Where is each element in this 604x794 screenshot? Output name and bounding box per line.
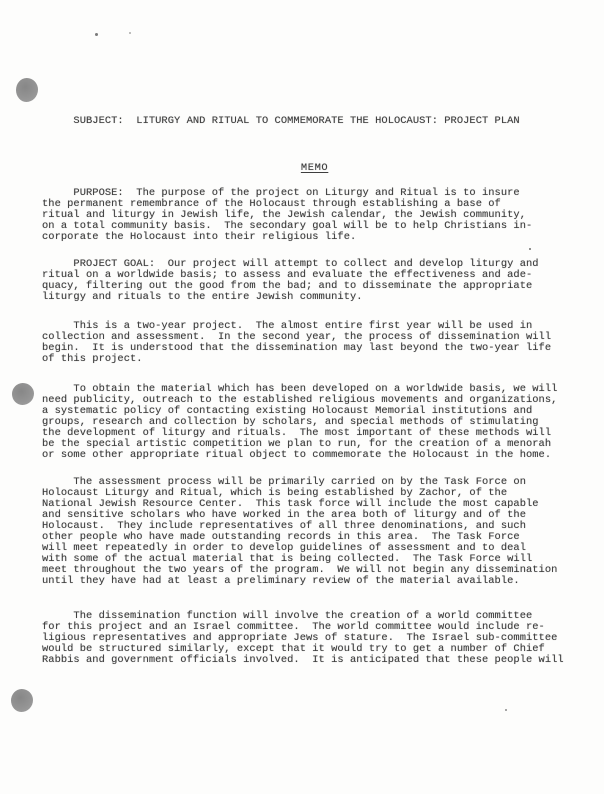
punch-hole-icon	[12, 383, 34, 405]
punch-hole-icon	[16, 78, 38, 102]
subject-line: SUBJECT: LITURGY AND RITUAL TO COMMEMORA…	[42, 116, 582, 127]
scan-speck	[95, 33, 98, 36]
paragraph-assessment-process: The assessment process will be primarily…	[42, 477, 582, 587]
paragraph-obtain-material: To obtain the material which has been de…	[42, 384, 582, 461]
scan-speck	[529, 248, 531, 250]
scan-speck	[505, 709, 507, 711]
paragraph-dissemination-function: The dissemination function will involve …	[42, 611, 582, 666]
scanned-memo-page: SUBJECT: LITURGY AND RITUAL TO COMMEMORA…	[0, 0, 604, 794]
paragraph-purpose: PURPOSE: The purpose of the project on L…	[42, 188, 582, 243]
memo-title: MEMO	[42, 152, 562, 185]
paragraph-project-goal: PROJECT GOAL: Our project will attempt t…	[42, 259, 582, 303]
memo-title-text: MEMO	[301, 162, 328, 174]
punch-hole-icon	[11, 689, 33, 712]
paragraph-two-year-plan: This is a two-year project. The almost e…	[42, 321, 582, 365]
scan-speck	[129, 32, 131, 34]
